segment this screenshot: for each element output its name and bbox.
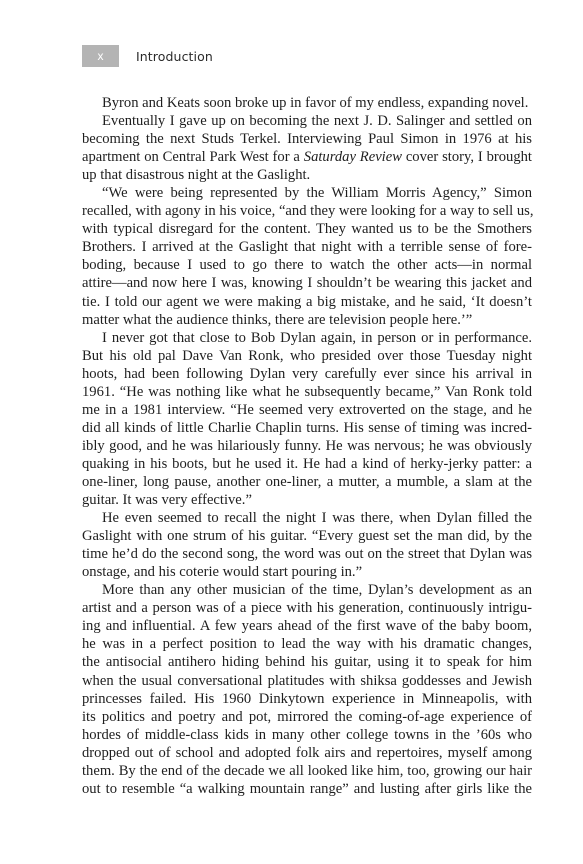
text-line: its politics and poetry and pot, mirrore…	[82, 708, 532, 726]
text-line: Gaslight with one strum of his guitar. “…	[82, 527, 532, 545]
text-line: ing and influential. A few years ahead o…	[82, 617, 532, 635]
text-line: Byron and Keats soon broke up in favor o…	[82, 94, 532, 112]
text-line: Eventually I gave up on becoming the nex…	[82, 112, 532, 130]
paragraph: Byron and Keats soon broke up in favor o…	[82, 94, 532, 112]
page-number-badge: x	[82, 45, 119, 67]
body-text: Byron and Keats soon broke up in favor o…	[82, 94, 532, 798]
text-line: 1961. “He was nothing like what he subse…	[82, 383, 532, 401]
text-line: apartment on Central Park West for a Sat…	[82, 148, 532, 166]
text-line: But his old pal Dave Van Ronk, who presi…	[82, 347, 532, 365]
text-line: time he’d do the second song, the word w…	[82, 545, 532, 563]
publication-title: Saturday Review	[304, 149, 402, 165]
text-line: up that disastrous night at the Gaslight…	[82, 166, 532, 184]
text-line: dropped out of school and adopted folk a…	[82, 744, 532, 762]
text-line: when the usual conversational platitudes…	[82, 672, 532, 690]
text-line: Brothers. I arrived at the Gaslight that…	[82, 238, 532, 256]
text-line: artist and a person was of a piece with …	[82, 599, 532, 617]
text-line: “We were being represented by the Willia…	[82, 184, 532, 202]
text-line: More than any other musician of the time…	[82, 581, 532, 599]
text-line: them. By the end of the decade we all lo…	[82, 762, 532, 780]
text-line: hordes of middle-class kids in many othe…	[82, 726, 532, 744]
text-line: He even seemed to recall the night I was…	[82, 509, 532, 527]
chapter-title: Introduction	[136, 49, 213, 64]
text-line: one-liner, long pause, another one-liner…	[82, 473, 532, 491]
text-line: matter what the audience thinks, there a…	[82, 311, 532, 329]
text-line: hoots, had been following Dylan very car…	[82, 365, 532, 383]
text-line: quaking in his boots, but he used it. He…	[82, 455, 532, 473]
paragraph: He even seemed to recall the night I was…	[82, 509, 532, 581]
text-line: guitar. It was very effective.”	[82, 491, 532, 509]
text-line: onstage, and his coterie would start pou…	[82, 563, 532, 581]
text-line: ibly good, and he was hilariously funny.…	[82, 437, 532, 455]
text-line: he was in a perfect position to lead the…	[82, 635, 532, 653]
text-line: me in a 1981 interview. “He seemed very …	[82, 401, 532, 419]
text-line: the antisocial antihero hiding behind hi…	[82, 653, 532, 671]
text-segment: cover story, I brought	[402, 149, 532, 165]
text-line: attire—and now here I was, knowing I sho…	[82, 274, 532, 292]
text-line: princesses failed. His 1960 Dinkytown ex…	[82, 690, 532, 708]
text-line: I never got that close to Bob Dylan agai…	[82, 329, 532, 347]
text-line: with typical disregard for the content. …	[82, 220, 532, 238]
text-line: boding, because I used to go there to wa…	[82, 256, 532, 274]
text-line: tie. I told our agent we were making a b…	[82, 293, 532, 311]
text-segment: apartment on Central Park West for a	[82, 149, 304, 165]
paragraph: More than any other musician of the time…	[82, 581, 532, 798]
text-line: recalled, with agony in his voice, “and …	[82, 202, 532, 220]
paragraph: I never got that close to Bob Dylan agai…	[82, 329, 532, 509]
paragraph: “We were being represented by the Willia…	[82, 184, 532, 328]
text-line: out to resemble “a walking mountain rang…	[82, 780, 532, 798]
running-head: x Introduction	[82, 45, 213, 67]
book-page: x Introduction Byron and Keats soon brok…	[0, 0, 583, 864]
text-line: did all kinds of little Charlie Chaplin …	[82, 419, 532, 437]
paragraph: Eventually I gave up on becoming the nex…	[82, 112, 532, 184]
text-line: becoming the next Studs Terkel. Intervie…	[82, 130, 532, 148]
